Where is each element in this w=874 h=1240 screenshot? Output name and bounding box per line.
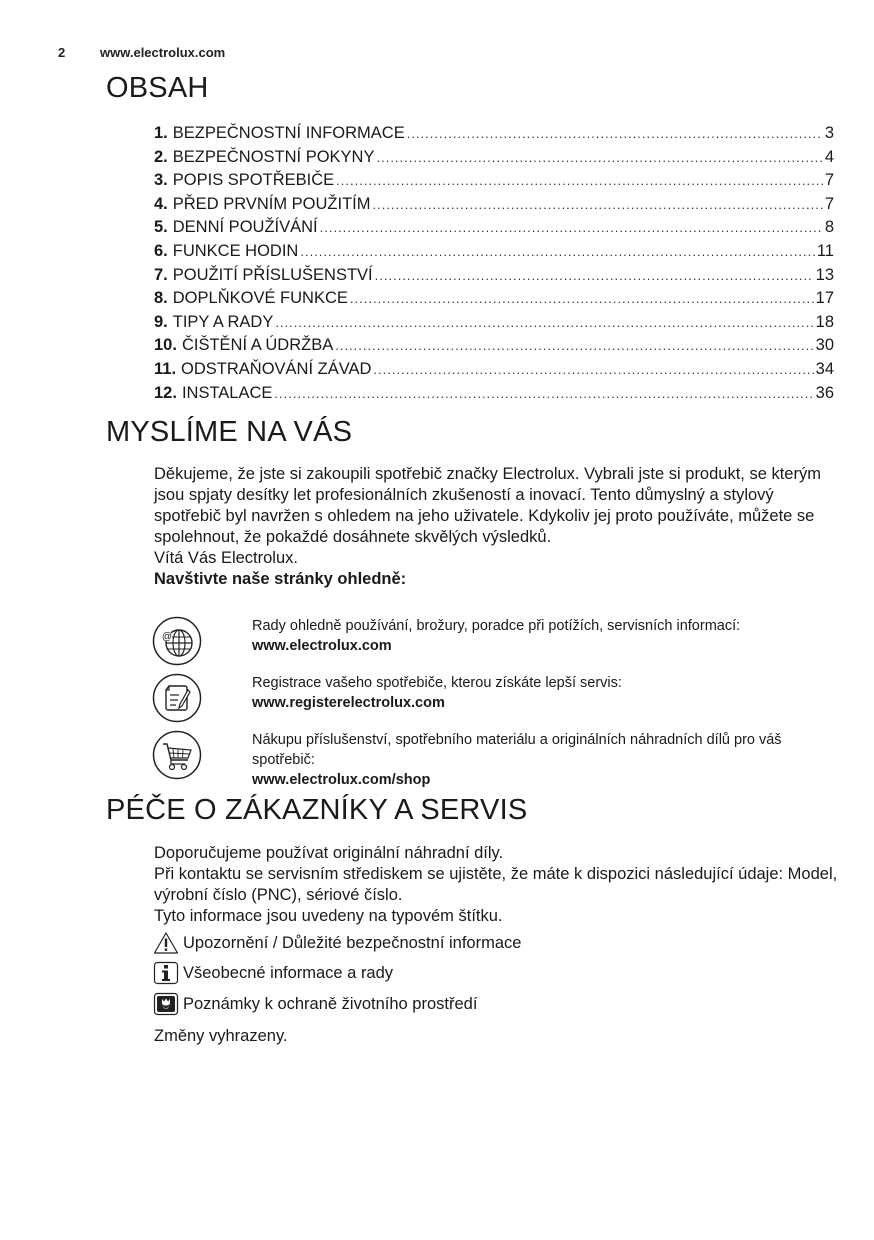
toc-leader-dots: [335, 335, 813, 358]
toc-entry-label: TIPY A RADY: [173, 311, 274, 334]
register-icon: [152, 673, 202, 723]
toc-entry[interactable]: 8.DOPLŇKOVÉ FUNKCE17: [154, 287, 834, 311]
toc-leader-dots: [375, 265, 814, 288]
toc-entry-page: 17: [816, 287, 834, 310]
toc-entry-page: 3: [825, 122, 834, 145]
toc-entry-label: POUŽITÍ PŘÍSLUŠENSTVÍ: [173, 264, 373, 287]
toc-entry[interactable]: 11.ODSTRAŇOVÁNÍ ZÁVAD34: [154, 358, 834, 382]
svg-text:@: @: [162, 632, 172, 643]
toc-entry[interactable]: 6.FUNKCE HODIN11: [154, 240, 834, 264]
toc-entry[interactable]: 1.BEZPEČNOSTNÍ INFORMACE3: [154, 122, 834, 146]
weblink-url[interactable]: www.electrolux.com: [252, 636, 842, 656]
weblink-url[interactable]: www.electrolux.com/shop: [252, 770, 842, 790]
section-title-thinking: MYSLÍME NA VÁS: [106, 416, 352, 449]
toc-leader-dots: [274, 383, 813, 406]
toc-title: OBSAH: [106, 72, 209, 105]
toc-entry-label: INSTALACE: [182, 382, 272, 405]
toc-leader-dots: [372, 194, 822, 217]
toc-entry-number: 9.: [154, 311, 168, 334]
toc-entry[interactable]: 2.BEZPEČNOSTNÍ POKYNY4: [154, 146, 834, 170]
toc-entry-page: 34: [816, 358, 834, 381]
toc-entry-label: ODSTRAŇOVÁNÍ ZÁVAD: [181, 358, 371, 381]
toc-entry-label: POPIS SPOTŘEBIČE: [173, 169, 334, 192]
toc-leader-dots: [350, 288, 814, 311]
toc-leader-dots: [407, 123, 823, 146]
header-website[interactable]: www.electrolux.com: [100, 45, 225, 60]
toc-entry-page: 36: [816, 382, 834, 405]
toc-entry[interactable]: 4.PŘED PRVNÍM POUŽITÍM7: [154, 193, 834, 217]
legend-label: Poznámky k ochraně životního prostředí: [183, 995, 477, 1014]
toc-entry-label: DENNÍ POUŽÍVÁNÍ: [173, 216, 318, 239]
globe-icon: @: [152, 616, 202, 666]
service-line: Při kontaktu se servisním střediskem se …: [154, 864, 844, 906]
shopping-cart-icon: [152, 730, 202, 780]
legend-label: Upozornění / Důležité bezpečnostní infor…: [183, 934, 521, 953]
toc-entry[interactable]: 5.DENNÍ POUŽÍVÁNÍ8: [154, 216, 834, 240]
toc-leader-dots: [300, 241, 815, 264]
toc-leader-dots: [320, 217, 823, 240]
thank-you-paragraph: Děkujeme, že jste si zakoupili spotřebič…: [154, 464, 844, 548]
legend-warning: Upozornění / Důležité bezpečnostní infor…: [153, 931, 521, 955]
toc-entry-label: BEZPEČNOSTNÍ INFORMACE: [173, 122, 405, 145]
toc-entry-page: 18: [816, 311, 834, 334]
page-header: 2www.electrolux.com: [58, 45, 225, 60]
welcome-text: Vítá Vás Electrolux.: [154, 548, 844, 569]
warning-icon: [153, 931, 179, 955]
toc-entry-number: 4.: [154, 193, 168, 216]
toc-entry-label: BEZPEČNOSTNÍ POKYNY: [173, 146, 375, 169]
toc-leader-dots: [275, 312, 813, 335]
weblink-text: Registrace vašeho spotřebiče, kterou zís…: [252, 673, 842, 693]
legend-info: Všeobecné informace a rady: [153, 961, 393, 985]
table-of-contents: 1.BEZPEČNOSTNÍ INFORMACE32.BEZPEČNOSTNÍ …: [154, 122, 834, 405]
toc-entry-number: 7.: [154, 264, 168, 287]
toc-entry-label: DOPLŇKOVÉ FUNKCE: [173, 287, 348, 310]
toc-entry-label: ČIŠTĚNÍ A ÚDRŽBA: [182, 334, 333, 357]
toc-entry-page: 30: [816, 334, 834, 357]
environment-icon: [153, 992, 179, 1016]
toc-entry-number: 6.: [154, 240, 168, 263]
toc-leader-dots: [373, 359, 813, 382]
toc-entry-number: 1.: [154, 122, 168, 145]
info-icon: [153, 961, 179, 985]
toc-entry-page: 8: [825, 216, 834, 239]
weblink-text: Rady ohledně používání, brožury, poradce…: [252, 616, 842, 636]
disclaimer: Změny vyhrazeny.: [154, 1026, 844, 1047]
toc-entry-number: 10.: [154, 334, 177, 357]
toc-entry-number: 2.: [154, 146, 168, 169]
toc-entry-page: 4: [825, 146, 834, 169]
toc-entry-number: 3.: [154, 169, 168, 192]
toc-entry-number: 11.: [154, 358, 176, 381]
toc-entry-number: 8.: [154, 287, 168, 310]
toc-entry-page: 7: [825, 169, 834, 192]
page-number: 2: [58, 45, 100, 60]
service-line: Doporučujeme používat originální náhradn…: [154, 843, 844, 864]
legend-label: Všeobecné informace a rady: [183, 964, 393, 983]
service-body: Doporučujeme používat originální náhradn…: [154, 843, 844, 927]
toc-entry-label: FUNKCE HODIN: [173, 240, 299, 263]
service-line: Tyto informace jsou uvedeny na typovém š…: [154, 906, 844, 927]
section-title-service: PÉČE O ZÁKAZNÍKY A SERVIS: [106, 794, 527, 827]
toc-entry-page: 11: [817, 240, 834, 263]
toc-entry[interactable]: 10.ČIŠTĚNÍ A ÚDRŽBA30: [154, 334, 834, 358]
toc-entry[interactable]: 12.INSTALACE36: [154, 382, 834, 406]
visit-label: Navštivte naše stránky ohledně:: [154, 569, 844, 590]
toc-entry-number: 5.: [154, 216, 168, 239]
toc-entry[interactable]: 9.TIPY A RADY18: [154, 311, 834, 335]
toc-entry[interactable]: 3.POPIS SPOTŘEBIČE7: [154, 169, 834, 193]
weblink-url[interactable]: www.registerelectrolux.com: [252, 693, 842, 713]
toc-entry[interactable]: 7.POUŽITÍ PŘÍSLUŠENSTVÍ13: [154, 264, 834, 288]
toc-entry-label: PŘED PRVNÍM POUŽITÍM: [173, 193, 371, 216]
toc-entry-page: 7: [825, 193, 834, 216]
toc-leader-dots: [336, 170, 823, 193]
thinking-body: Děkujeme, že jste si zakoupili spotřebič…: [154, 464, 844, 590]
weblink-text: Nákupu příslušenství, spotřebního materi…: [252, 730, 842, 770]
legend-environment: Poznámky k ochraně životního prostředí: [153, 992, 477, 1016]
toc-leader-dots: [376, 147, 822, 170]
toc-entry-number: 12.: [154, 382, 177, 405]
toc-entry-page: 13: [816, 264, 834, 287]
